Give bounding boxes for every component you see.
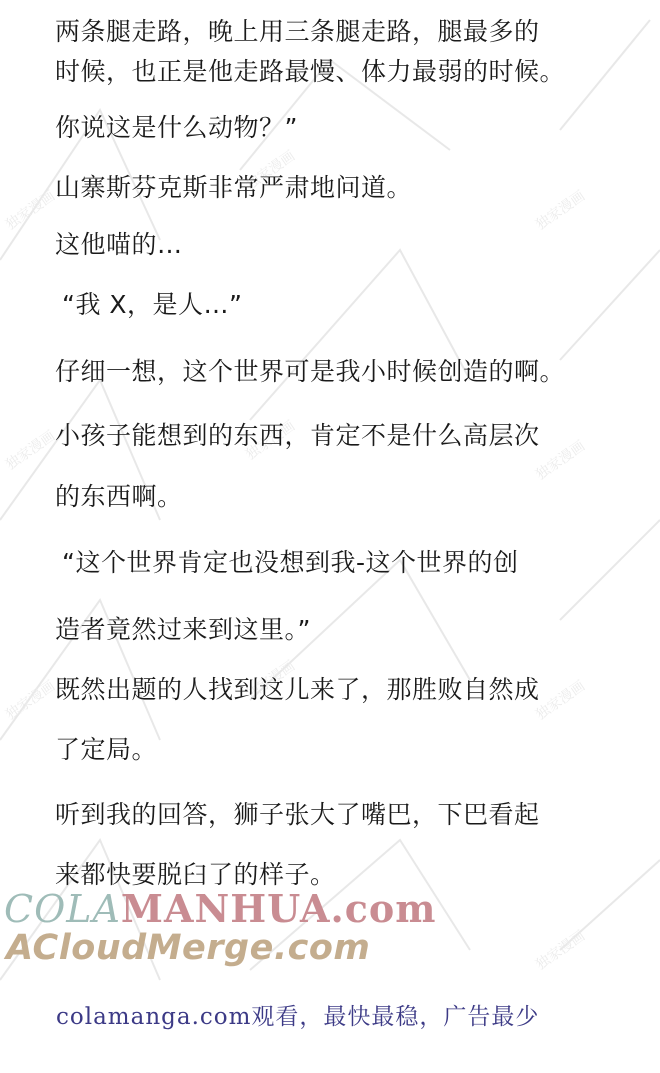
text-line: 仔细一想，这个世界可是我小时候创造的啊。 [55,357,565,387]
svg-text:独家漫画: 独家漫画 [533,677,589,723]
text-line: “我 X，是人…” [62,290,242,320]
text-line: 这他喵的… [55,230,183,260]
text-line: 时候，也正是他走路最慢、体力最弱的时候。 [55,57,565,87]
text-line: 既然出题的人找到这儿来了，那胜败自然成 [55,675,540,705]
svg-text:独家漫画: 独家漫画 [3,187,59,233]
text-line: 了定局。 [55,735,157,765]
watermark-manhua: MANHUA.com [121,886,437,931]
svg-text:独家漫画: 独家漫画 [533,437,589,483]
svg-text:独家漫画: 独家漫画 [533,927,589,973]
text-line: 两条腿走路，晚上用三条腿走路，腿最多的 [55,17,540,47]
text-line: 山寨斯芬克斯非常严肃地问道。 [55,173,412,203]
svg-text:独家漫画: 独家漫画 [3,427,59,473]
site-promo-footer: colamanga.com观看，最快最稳，广告最少 [56,1002,539,1032]
text-line: “这个世界肯定也没想到我-这个世界的创 [62,548,518,578]
text-line: 小孩子能想到的东西，肯定不是什么高层次 [55,421,540,451]
svg-text:独家漫画: 独家漫画 [533,187,589,233]
watermark-cola: COLA [4,887,121,931]
colamanhua-watermark: COLAMANHUA.com [4,888,436,930]
svg-text:独家漫画: 独家漫画 [3,677,59,723]
acloudmerge-watermark: ACloudMerge.com [6,928,370,968]
text-line: 你说这是什么动物？” [55,113,298,143]
text-line: 造者竟然过来到这里。” [55,615,311,645]
text-line: 的东西啊。 [55,482,183,512]
text-line: 听到我的回答，狮子张大了嘴巴，下巴看起 [55,800,540,830]
